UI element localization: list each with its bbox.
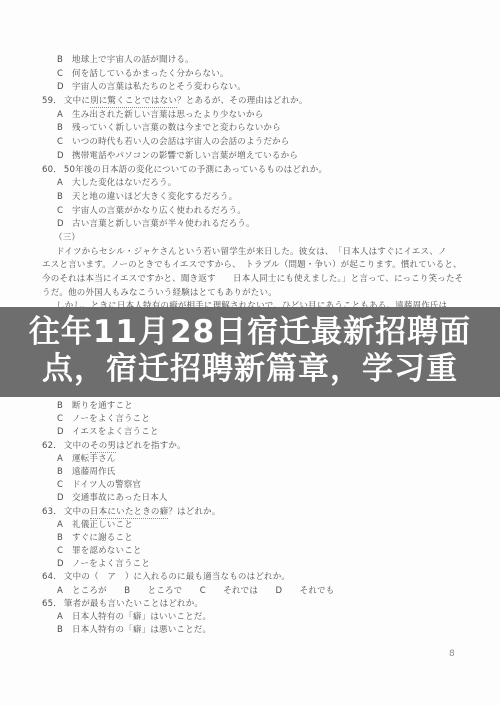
document-line: （三） — [40, 232, 478, 246]
option-label: A — [57, 453, 72, 466]
option-label: B — [57, 466, 72, 479]
document-line: Cノーをよく言うこと — [40, 413, 478, 426]
question-text: ？はどれか。 — [168, 507, 220, 517]
document-line: C罪を認めないこと — [40, 545, 478, 558]
document-line: 59．文中に別に驚くことではない？とあるが、その理由はどれか。 — [40, 95, 478, 109]
line-text: 交通事故にあった日本人 — [72, 493, 168, 503]
option-label: A — [57, 109, 72, 123]
question-text: はどれを指すか。 — [116, 441, 186, 451]
document-line: D古い言葉と新しい言葉が半々使われるだろう。 — [40, 218, 478, 232]
document-line: A運転手さん — [40, 453, 478, 466]
option-label: B — [57, 191, 72, 205]
page-number: 8 — [449, 649, 455, 659]
option-label: D — [57, 81, 72, 95]
option-label: B — [57, 122, 72, 136]
overlay-title-banner: 往年11月28日宿迁最新招聘面 点，宿迁招聘新篇章，学习重 — [0, 307, 500, 397]
option-label: D — [57, 426, 72, 439]
option-label: B — [57, 400, 72, 413]
document-line: B日本人特有の「癖」は悪いことだ。 — [40, 624, 478, 637]
document-line: D携帯電話やパソコンの影響で新しい言葉が増えているから — [40, 150, 478, 164]
document-line: B断りを通すこと — [40, 400, 478, 413]
document-line: うだ。他の外国人もみなこういう経験はとてもありがたい。 — [40, 287, 478, 301]
option-label: D — [57, 492, 72, 505]
document-line: 63．文中の日本にいたときの癖？はどれか。 — [40, 506, 478, 519]
line-text: 天と地の違いほど大きく変化するだろう。 — [72, 192, 237, 202]
option-label: D — [57, 558, 72, 571]
document-line: C宇宙人の言葉がかなり広く使われるだろう。 — [40, 205, 478, 219]
question-number: 60． — [42, 164, 62, 178]
line-text: 生み出された新しい言葉は思ったより少ないから — [72, 110, 263, 120]
document-line: 64．文中の（ ア ）に入れるのに最も適当なものはどれか。 — [40, 571, 478, 584]
question-number: 62． — [42, 440, 62, 453]
banner-title-line-1: 往年11月28日宿迁最新招聘面 — [0, 314, 500, 351]
question-text: 筆者が最も言いたいことはどれか。 — [64, 599, 203, 609]
line-text: 宇宙人の言葉がかなり広く使われるだろう。 — [72, 206, 246, 216]
document-line: A日本人特有の「癖」はいいことだ。 — [40, 611, 478, 624]
line-text: 日本人特有の「癖」は悪いことだ。 — [72, 625, 211, 635]
question-number: 59． — [42, 95, 62, 109]
line-text: 携帯電話やパソコンの影響で新しい言葉が増えているから — [72, 151, 298, 161]
option-label: B — [57, 532, 72, 545]
line-text: 日本人特有の「癖」はいいことだ。 — [72, 612, 211, 622]
document-line: 62．文中のその男はどれを指すか。 — [40, 440, 478, 453]
line-text: 今のそれは本当にイエスですかと、聞き返す 日本人同士にも使えました。」と言って、… — [42, 274, 463, 284]
document-line: A礼儀正しいこと — [40, 519, 478, 532]
line-text: うだ。他の外国人もみなこういう経験はとてもありがたい。 — [42, 288, 277, 298]
question-number: 64． — [42, 571, 62, 584]
document-line: 60．50年後の日本語の変化についての予測にあっているものはどれか。 — [40, 164, 478, 178]
question-text: 文中の — [64, 441, 90, 451]
document-line: 65．筆者が最も言いたいことはどれか。 — [40, 598, 478, 611]
line-text: 運転手さん — [72, 454, 116, 464]
option-label: C — [57, 68, 72, 82]
line-text: 宇宙人の言葉は私たちのとそう変わらない。 — [72, 82, 246, 92]
option-label: A — [57, 177, 72, 191]
option-label: D — [57, 150, 72, 164]
option-label: B — [57, 54, 72, 68]
option-label: C — [57, 413, 72, 426]
line-text: 古い言葉と新しい言葉が半々使われるだろう。 — [72, 219, 255, 229]
document-line: B地球上で宇宙人の話が聞ける。 — [40, 54, 478, 68]
document-line: エスと言います。ノーのときでもイエスですから、 トラブル（問題・争い）が起こりま… — [40, 259, 478, 273]
document-text-lower: B断りを通すことCノーをよく言うことDイエスをよく言うこと62．文中のその男はど… — [40, 400, 478, 637]
line-text: ノーをよく言うこと — [72, 414, 150, 424]
question-text: ？とあるが、その理由はどれか。 — [177, 96, 308, 106]
document-line: C何を話しているかまったく分からない。 — [40, 68, 478, 82]
option-label: A — [57, 585, 72, 598]
option-label: B — [57, 624, 72, 637]
line-text: 断りを通すこと — [72, 401, 133, 411]
line-text: 礼儀正しいこと — [72, 520, 133, 530]
option-label: C — [57, 545, 72, 558]
line-text: 何を話しているかまったく分からない。 — [72, 69, 229, 79]
document-line: 今のそれは本当にイエスですかと、聞き返す 日本人同士にも使えました。」と言って、… — [40, 273, 478, 287]
scanned-test-page: B地球上で宇宙人の話が聞ける。C何を話しているかまったく分からない。D宇宙人の言… — [0, 0, 500, 706]
line-text: イエスをよく言うこと — [72, 427, 159, 437]
line-text: 遠藤周作氏 — [72, 467, 116, 477]
document-line: A生み出された新しい言葉は思ったより少ないから — [40, 109, 478, 123]
line-text: （三） — [54, 233, 80, 243]
document-line: D宇宙人の言葉は私たちのとそう変わらない。 — [40, 81, 478, 95]
document-text-upper: B地球上で宇宙人の話が聞ける。C何を話しているかまったく分からない。D宇宙人の言… — [40, 54, 478, 314]
line-text: 大した変化はないだろう。 — [72, 178, 176, 188]
question-text: 文中の（ ア ）に入れるのに最も適当なものはどれか。 — [64, 572, 290, 582]
line-text: ノーをよく言うこと — [72, 559, 150, 569]
option-label: C — [57, 479, 72, 492]
document-line: A大した変化はないだろう。 — [40, 177, 478, 191]
document-line: Cドイツ人の警察官 — [40, 479, 478, 492]
question-number: 65． — [42, 598, 62, 611]
underlined-phrase: 日本にいたときの癖 — [90, 507, 168, 519]
question-text: 50年後の日本語の変化についての予測にあっているものはどれか。 — [64, 165, 327, 175]
document-line: B残っていく新しい言葉の数は今までと変わらないから — [40, 122, 478, 136]
question-text: 文中に — [64, 96, 90, 106]
option-label: A — [57, 611, 72, 624]
underlined-phrase: 別に驚くことではない — [90, 96, 177, 108]
question-number: 63． — [42, 506, 62, 519]
line-text: 地球上で宇宙人の話が聞ける。 — [72, 55, 194, 65]
option-label: C — [57, 205, 72, 219]
document-line: Dノーをよく言うこと — [40, 558, 478, 571]
document-line: Cいつの時代も若い人の会話は宇宙人の会話のようだから — [40, 136, 478, 150]
underlined-phrase: その男 — [90, 441, 116, 453]
document-line: D交通事故にあった日本人 — [40, 492, 478, 505]
document-line: B天と地の違いほど大きく変化するだろう。 — [40, 191, 478, 205]
line-text: 残っていく新しい言葉の数は今までと変わらないから — [72, 123, 281, 133]
line-text: すぐに謝ること — [72, 533, 133, 543]
document-line: ドイツからセシル・ジャケさんという若い留学生が来日した。彼女は、 「日本人はすぐ… — [40, 246, 478, 260]
option-label: A — [57, 519, 72, 532]
line-text: エスと言います。ノーのときでもイエスですから、 トラブル（問題・争い）が起こりま… — [42, 260, 462, 270]
banner-title-line-2: 点，宿迁招聘新篇章，学习重 — [0, 351, 500, 388]
option-label: D — [57, 218, 72, 232]
document-line: B遠藤周作氏 — [40, 466, 478, 479]
document-line: Bすぐに謝ること — [40, 532, 478, 545]
question-text: 文中の — [64, 507, 90, 517]
line-text: ドイツからセシル・ジャケさんという若い留学生が来日した。彼女は、 「日本人はすぐ… — [56, 247, 447, 257]
line-text: ところが B ところで C それでは D それでも — [72, 586, 334, 596]
line-text: 罪を認めないこと — [72, 546, 142, 556]
option-label: C — [57, 136, 72, 150]
line-text: いつの時代も若い人の会話は宇宙人の会話のようだから — [72, 137, 290, 147]
line-text: ドイツ人の警察官 — [72, 480, 141, 490]
document-line: Aところが B ところで C それでは D それでも — [40, 585, 478, 598]
document-line: Dイエスをよく言うこと — [40, 426, 478, 439]
